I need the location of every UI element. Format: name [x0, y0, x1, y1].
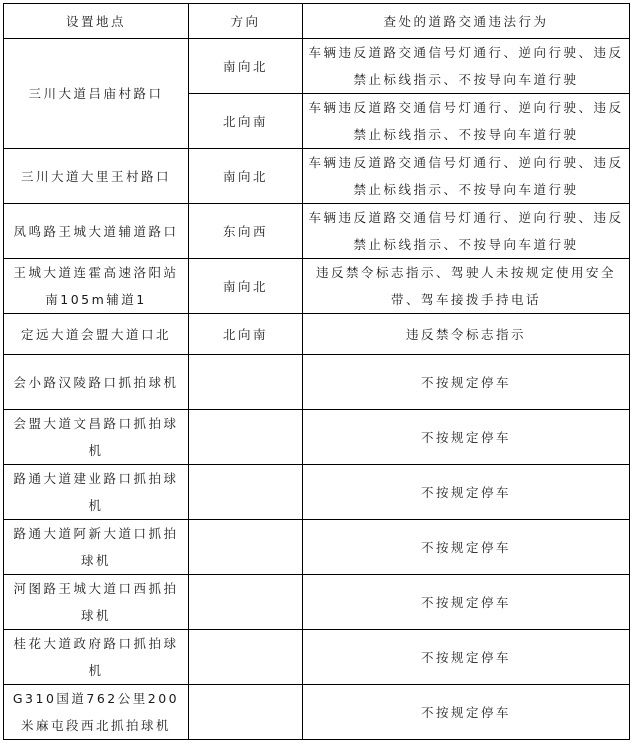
violation-cell: 违反禁令标志指示、驾驶人未按规定使用安全带、驾车接拨手持电话: [303, 259, 630, 314]
table-row: 会盟大道文昌路口抓拍球机 不按规定停车: [4, 410, 630, 465]
location-cell: 会小路汉陵路口抓拍球机: [4, 355, 189, 410]
table-row: G310国道762公里200米麻屯段西北抓拍球机 不按规定停车: [4, 685, 630, 740]
direction-cell: 南向北: [189, 259, 303, 314]
violation-cell: 车辆违反道路交通信号灯通行、逆向行驶、违反禁止标线指示、不按导向车道行驶: [303, 94, 630, 149]
direction-cell: [189, 355, 303, 410]
table-row: 凤鸣路王城大道辅道路口 东向西 车辆违反道路交通信号灯通行、逆向行驶、违反禁止标…: [4, 204, 630, 259]
header-violation: 查处的道路交通违法行为: [303, 4, 630, 39]
location-cell: 会盟大道文昌路口抓拍球机: [4, 410, 189, 465]
violation-cell: 车辆违反道路交通信号灯通行、逆向行驶、违反禁止标线指示、不按导向车道行驶: [303, 204, 630, 259]
direction-cell: [189, 520, 303, 575]
location-cell: 三川大道大里王村路口: [4, 149, 189, 204]
violation-cell: 不按规定停车: [303, 520, 630, 575]
location-cell: G310国道762公里200米麻屯段西北抓拍球机: [4, 685, 189, 740]
violation-cell: 不按规定停车: [303, 410, 630, 465]
table-row: 会小路汉陵路口抓拍球机 不按规定停车: [4, 355, 630, 410]
violation-cell: 车辆违反道路交通信号灯通行、逆向行驶、违反禁止标线指示、不按导向车道行驶: [303, 39, 630, 94]
table-row: 王城大道连霍高速洛阳站南105m辅道1 南向北 违反禁令标志指示、驾驶人未按规定…: [4, 259, 630, 314]
location-cell: 路通大道阿新大道口抓拍球机: [4, 520, 189, 575]
direction-cell: 东向西: [189, 204, 303, 259]
violation-cell: 不按规定停车: [303, 630, 630, 685]
direction-cell: [189, 575, 303, 630]
location-cell: 定远大道会盟大道口北: [4, 314, 189, 355]
table-header-row: 设置地点 方向 查处的道路交通违法行为: [4, 4, 630, 39]
table-row: 桂花大道政府路口抓拍球机 不按规定停车: [4, 630, 630, 685]
location-cell: 河图路王城大道口西抓拍球机: [4, 575, 189, 630]
violation-cell: 车辆违反道路交通信号灯通行、逆向行驶、违反禁止标线指示、不按导向车道行驶: [303, 149, 630, 204]
violation-cell: 不按规定停车: [303, 355, 630, 410]
violation-cell: 不按规定停车: [303, 465, 630, 520]
direction-cell: [189, 465, 303, 520]
direction-cell: [189, 410, 303, 465]
header-direction: 方向: [189, 4, 303, 39]
header-location: 设置地点: [4, 4, 189, 39]
table-row: 河图路王城大道口西抓拍球机 不按规定停车: [4, 575, 630, 630]
table-row: 路通大道建业路口抓拍球机 不按规定停车: [4, 465, 630, 520]
table-row: 路通大道阿新大道口抓拍球机 不按规定停车: [4, 520, 630, 575]
direction-cell: [189, 630, 303, 685]
table-row: 三川大道大里王村路口 南向北 车辆违反道路交通信号灯通行、逆向行驶、违反禁止标线…: [4, 149, 630, 204]
location-cell: 三川大道吕庙村路口: [4, 39, 189, 149]
direction-cell: [189, 685, 303, 740]
direction-cell: 北向南: [189, 94, 303, 149]
violation-cell: 违反禁令标志指示: [303, 314, 630, 355]
table-row: 定远大道会盟大道口北 北向南 违反禁令标志指示: [4, 314, 630, 355]
location-cell: 王城大道连霍高速洛阳站南105m辅道1: [4, 259, 189, 314]
direction-cell: 北向南: [189, 314, 303, 355]
table-row: 三川大道吕庙村路口 南向北 车辆违反道路交通信号灯通行、逆向行驶、违反禁止标线指…: [4, 39, 630, 94]
direction-cell: 南向北: [189, 149, 303, 204]
direction-cell: 南向北: [189, 39, 303, 94]
violation-camera-table: 设置地点 方向 查处的道路交通违法行为 三川大道吕庙村路口 南向北 车辆违反道路…: [3, 3, 630, 740]
violation-cell: 不按规定停车: [303, 575, 630, 630]
violation-cell: 不按规定停车: [303, 685, 630, 740]
location-cell: 路通大道建业路口抓拍球机: [4, 465, 189, 520]
location-cell: 凤鸣路王城大道辅道路口: [4, 204, 189, 259]
location-cell: 桂花大道政府路口抓拍球机: [4, 630, 189, 685]
